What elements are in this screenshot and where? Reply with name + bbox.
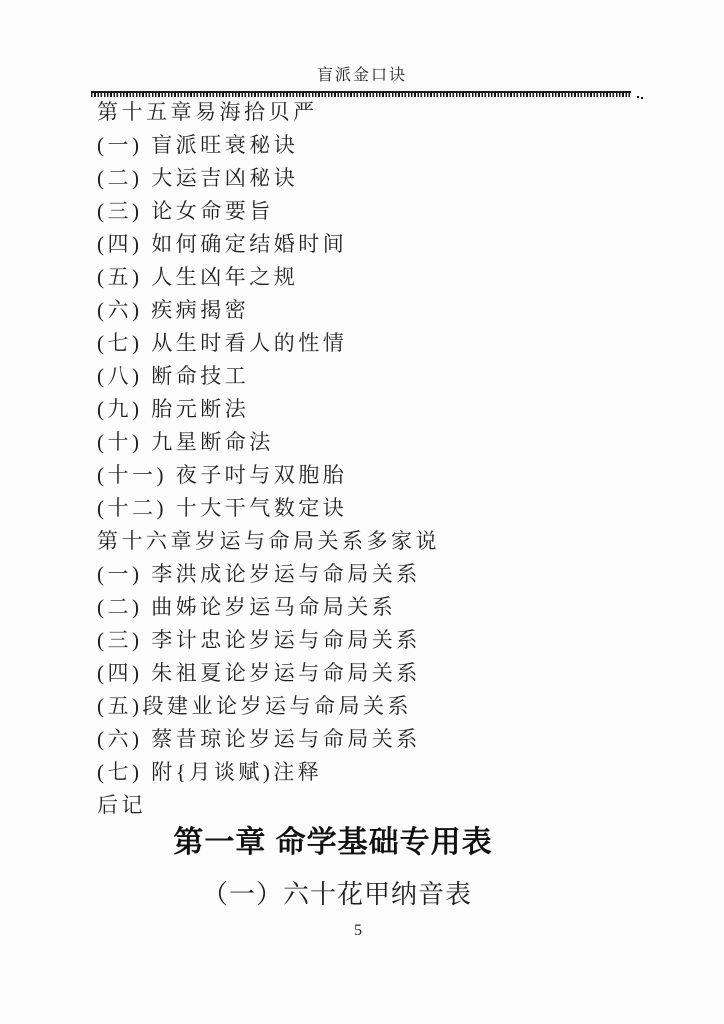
toc-entry-afterword: 后记 [97,789,632,822]
section-subheading: （一）六十花甲纳音表 [92,879,632,911]
toc-entry: (七) 附{月谈赋)注释 [97,756,632,789]
toc-entry: (二) 大运吉凶秘诀 [97,162,632,195]
document-page: 盲派金口诀 第十五章易海拾贝严 (一) 盲派旺衰秘诀 (二) 大运吉凶秘诀 (三… [0,0,724,1024]
toc-entry: (十二) 十大干气数定诀 [97,492,632,525]
toc-entry: (五) 人生凶年之规 [97,261,632,294]
toc-entry: (五)段建业论岁运与命局关系 [97,690,632,723]
toc-entry: (三) 李计忠论岁运与命局关系 [97,624,632,657]
toc-entry: (四) 朱祖夏论岁运与命局关系 [97,657,632,690]
toc-chapter-line: 第十五章易海拾贝严 [97,96,632,129]
toc-entry: (二) 曲姊论岁运马命局关系 [97,591,632,624]
toc-entry: (九) 胎元断法 [97,393,632,426]
toc-chapter-line: 第十六章岁运与命局关系多家说 [97,525,632,558]
toc-entry: (六) 疾病揭密 [97,294,632,327]
toc-entry: (六) 蔡昔琼论岁运与命局关系 [97,723,632,756]
toc-entry: (一) 李洪成论岁运与命局关系 [97,558,632,591]
toc-entry: (四) 如何确定结婚时间 [97,228,632,261]
toc-entry: (三) 论女命要旨 [97,195,632,228]
toc-entry: (七) 从生时看人的性情 [97,327,632,360]
page-number: 5 [0,921,716,941]
toc-entry: (一) 盲派旺衰秘诀 [97,129,632,162]
running-header: 盲派金口诀 [92,62,632,85]
table-of-contents: 第十五章易海拾贝严 (一) 盲派旺衰秘诀 (二) 大运吉凶秘诀 (三) 论女命要… [97,96,632,822]
toc-entry: (十) 九星断命法 [97,426,632,459]
chapter-heading: 第一章 命学基础专用表 [92,824,632,862]
toc-entry: (十一) 夜子吋与双胞胎 [97,459,632,492]
toc-entry: (八) 断命技工 [97,360,632,393]
book-title: 盲派金口诀 [317,67,407,84]
